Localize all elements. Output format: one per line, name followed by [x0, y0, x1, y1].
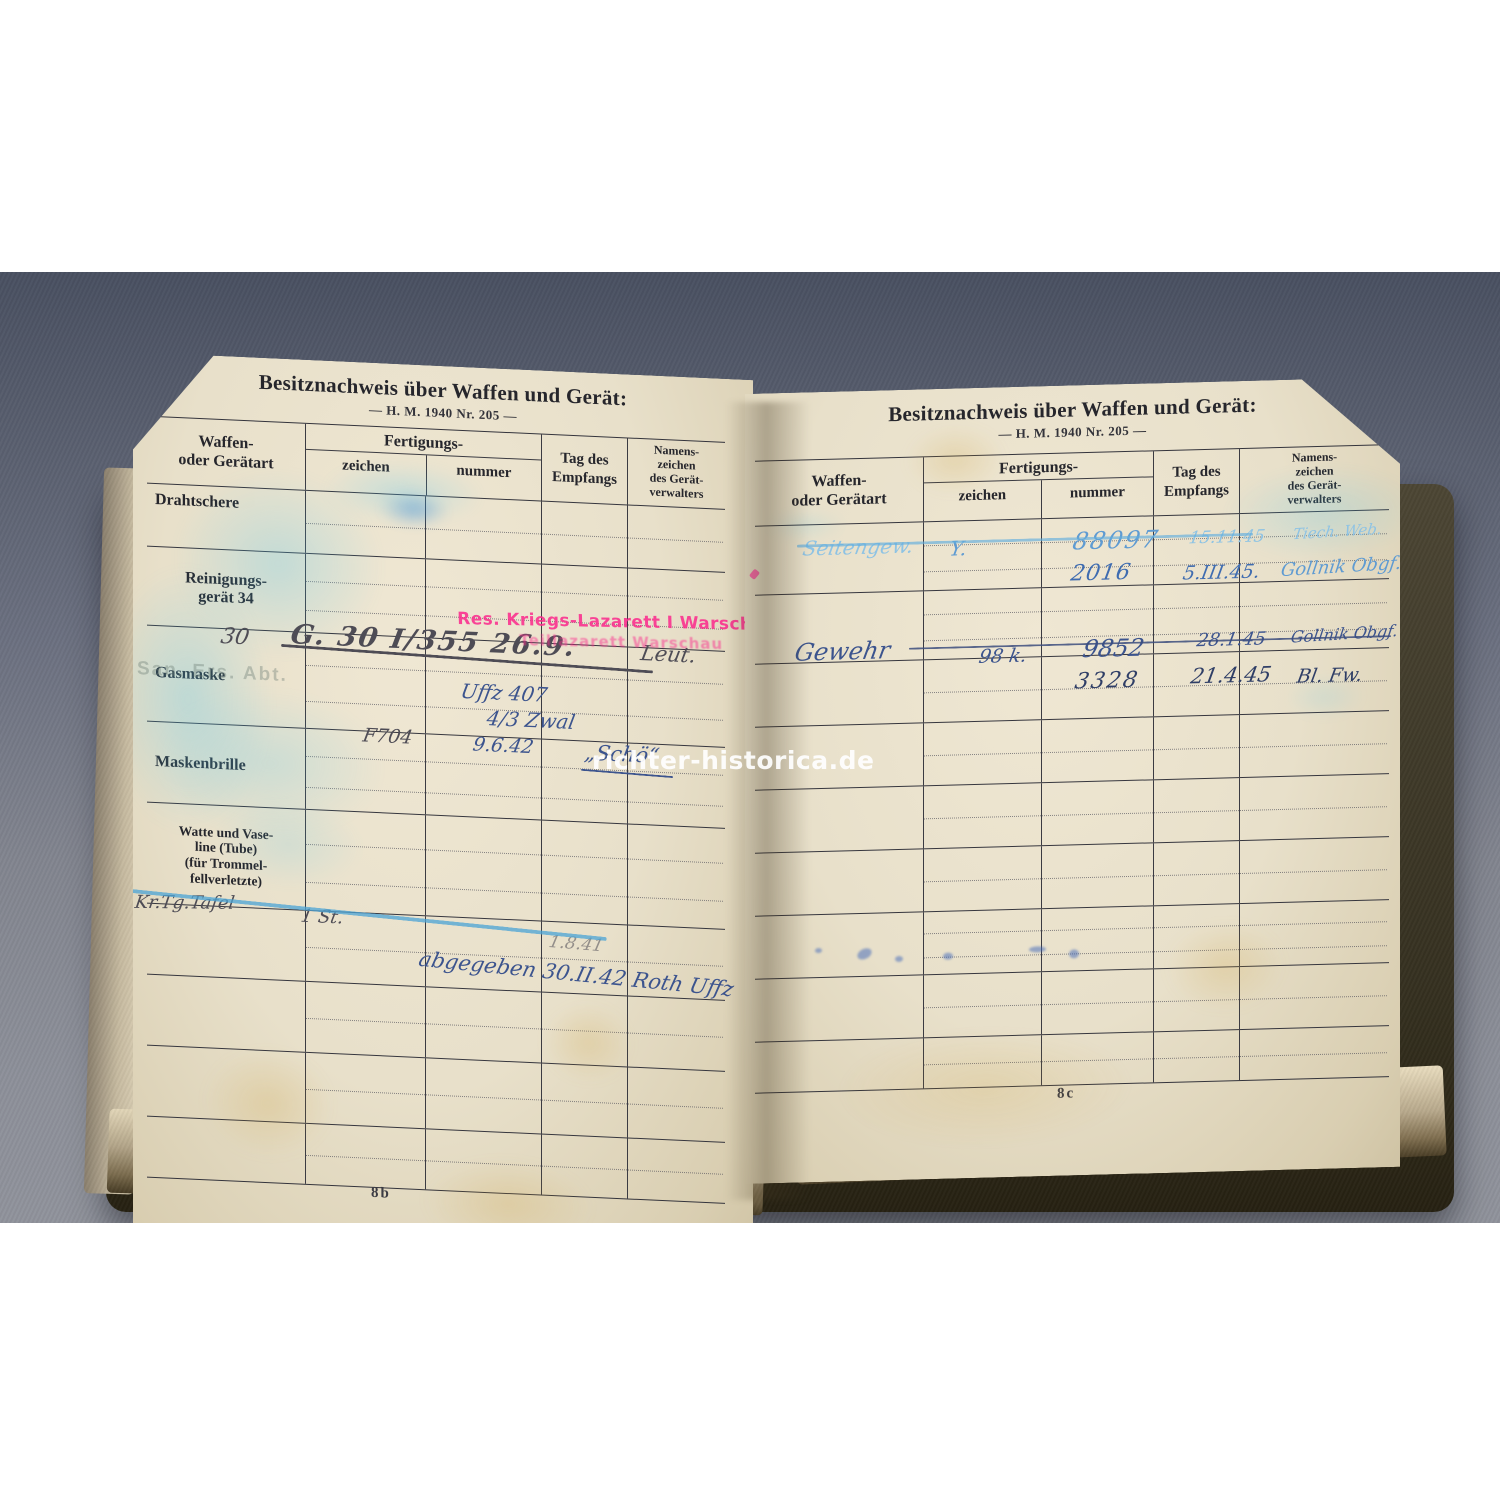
watermark: richter-historica.de [592, 746, 874, 775]
handwriting-date-new: 21.4.45 [1189, 662, 1273, 688]
header-nummer: nummer [426, 455, 541, 500]
handwriting-gasmaske-size: 30 [219, 624, 251, 650]
header-nummer: nummer [1041, 477, 1153, 518]
handwriting-number-new: 2016 [1069, 560, 1133, 587]
handwriting-number-f704: F704 [361, 725, 414, 749]
handwriting-date-old: 15.11.45 [1187, 526, 1266, 548]
row-label-drahtschere: Drahtschere [147, 484, 305, 553]
photo-background-fabric: Besitznachweis über Waffen und Gerät: — … [0, 272, 1500, 1223]
header-tag-des-empfangs: Tag des Empfangs [541, 435, 627, 505]
handwriting-uffz: Uffz 407 [459, 679, 549, 707]
handwriting-number-old: 88097 [1071, 525, 1162, 555]
header-tag-des-empfangs: Tag des Empfangs [1153, 449, 1239, 515]
handwriting-unit: 4/3 Zwal [485, 706, 577, 734]
left-page: Besitznachweis über Waffen und Gerät: — … [133, 352, 753, 1223]
handwriting-zeichen-98k: 98 k. [977, 645, 1029, 668]
handwriting-date-new: 5.III.45. [1181, 560, 1262, 584]
header-waffen: Waffen- oder Gerätart [147, 417, 305, 490]
handwriting-number-new: 3328 [1073, 668, 1141, 695]
page-number-left: 8b [371, 1185, 391, 1203]
row-label-reinigungsgeraet: Reinigungs- gerät 34 [147, 547, 305, 632]
handwriting-number-old: 9852 [1081, 633, 1147, 663]
book-spine-shadow [726, 402, 810, 1200]
row-label-maskenbrille: Maskenbrille [147, 722, 305, 809]
photo-canvas: Besitznachweis über Waffen und Gerät: — … [0, 0, 1500, 1500]
header-namenszeichen: Namens- zeichen des Gerät- verwalters [1239, 445, 1389, 513]
header-zeichen: zeichen [306, 450, 426, 495]
right-page: Besitznachweis über Waffen und Gerät: — … [745, 377, 1400, 1184]
header-namenszeichen: Namens- zeichen des Gerät- verwalters [627, 438, 725, 508]
handwriting-date: 9.6.42 [471, 734, 535, 759]
header-fertigungs-group: Fertigungs- zeichen nummer [923, 451, 1153, 521]
handwriting-signature-new: Bl. Fw. [1295, 664, 1364, 688]
header-zeichen: zeichen [924, 480, 1041, 521]
page-number-right: 8c [1057, 1085, 1075, 1102]
weapons-table-left: Waffen- oder Gerätart Fertigungs- zeiche… [147, 416, 725, 1204]
header-fertigungs-group: Fertigungs- zeichen nummer [305, 424, 541, 501]
